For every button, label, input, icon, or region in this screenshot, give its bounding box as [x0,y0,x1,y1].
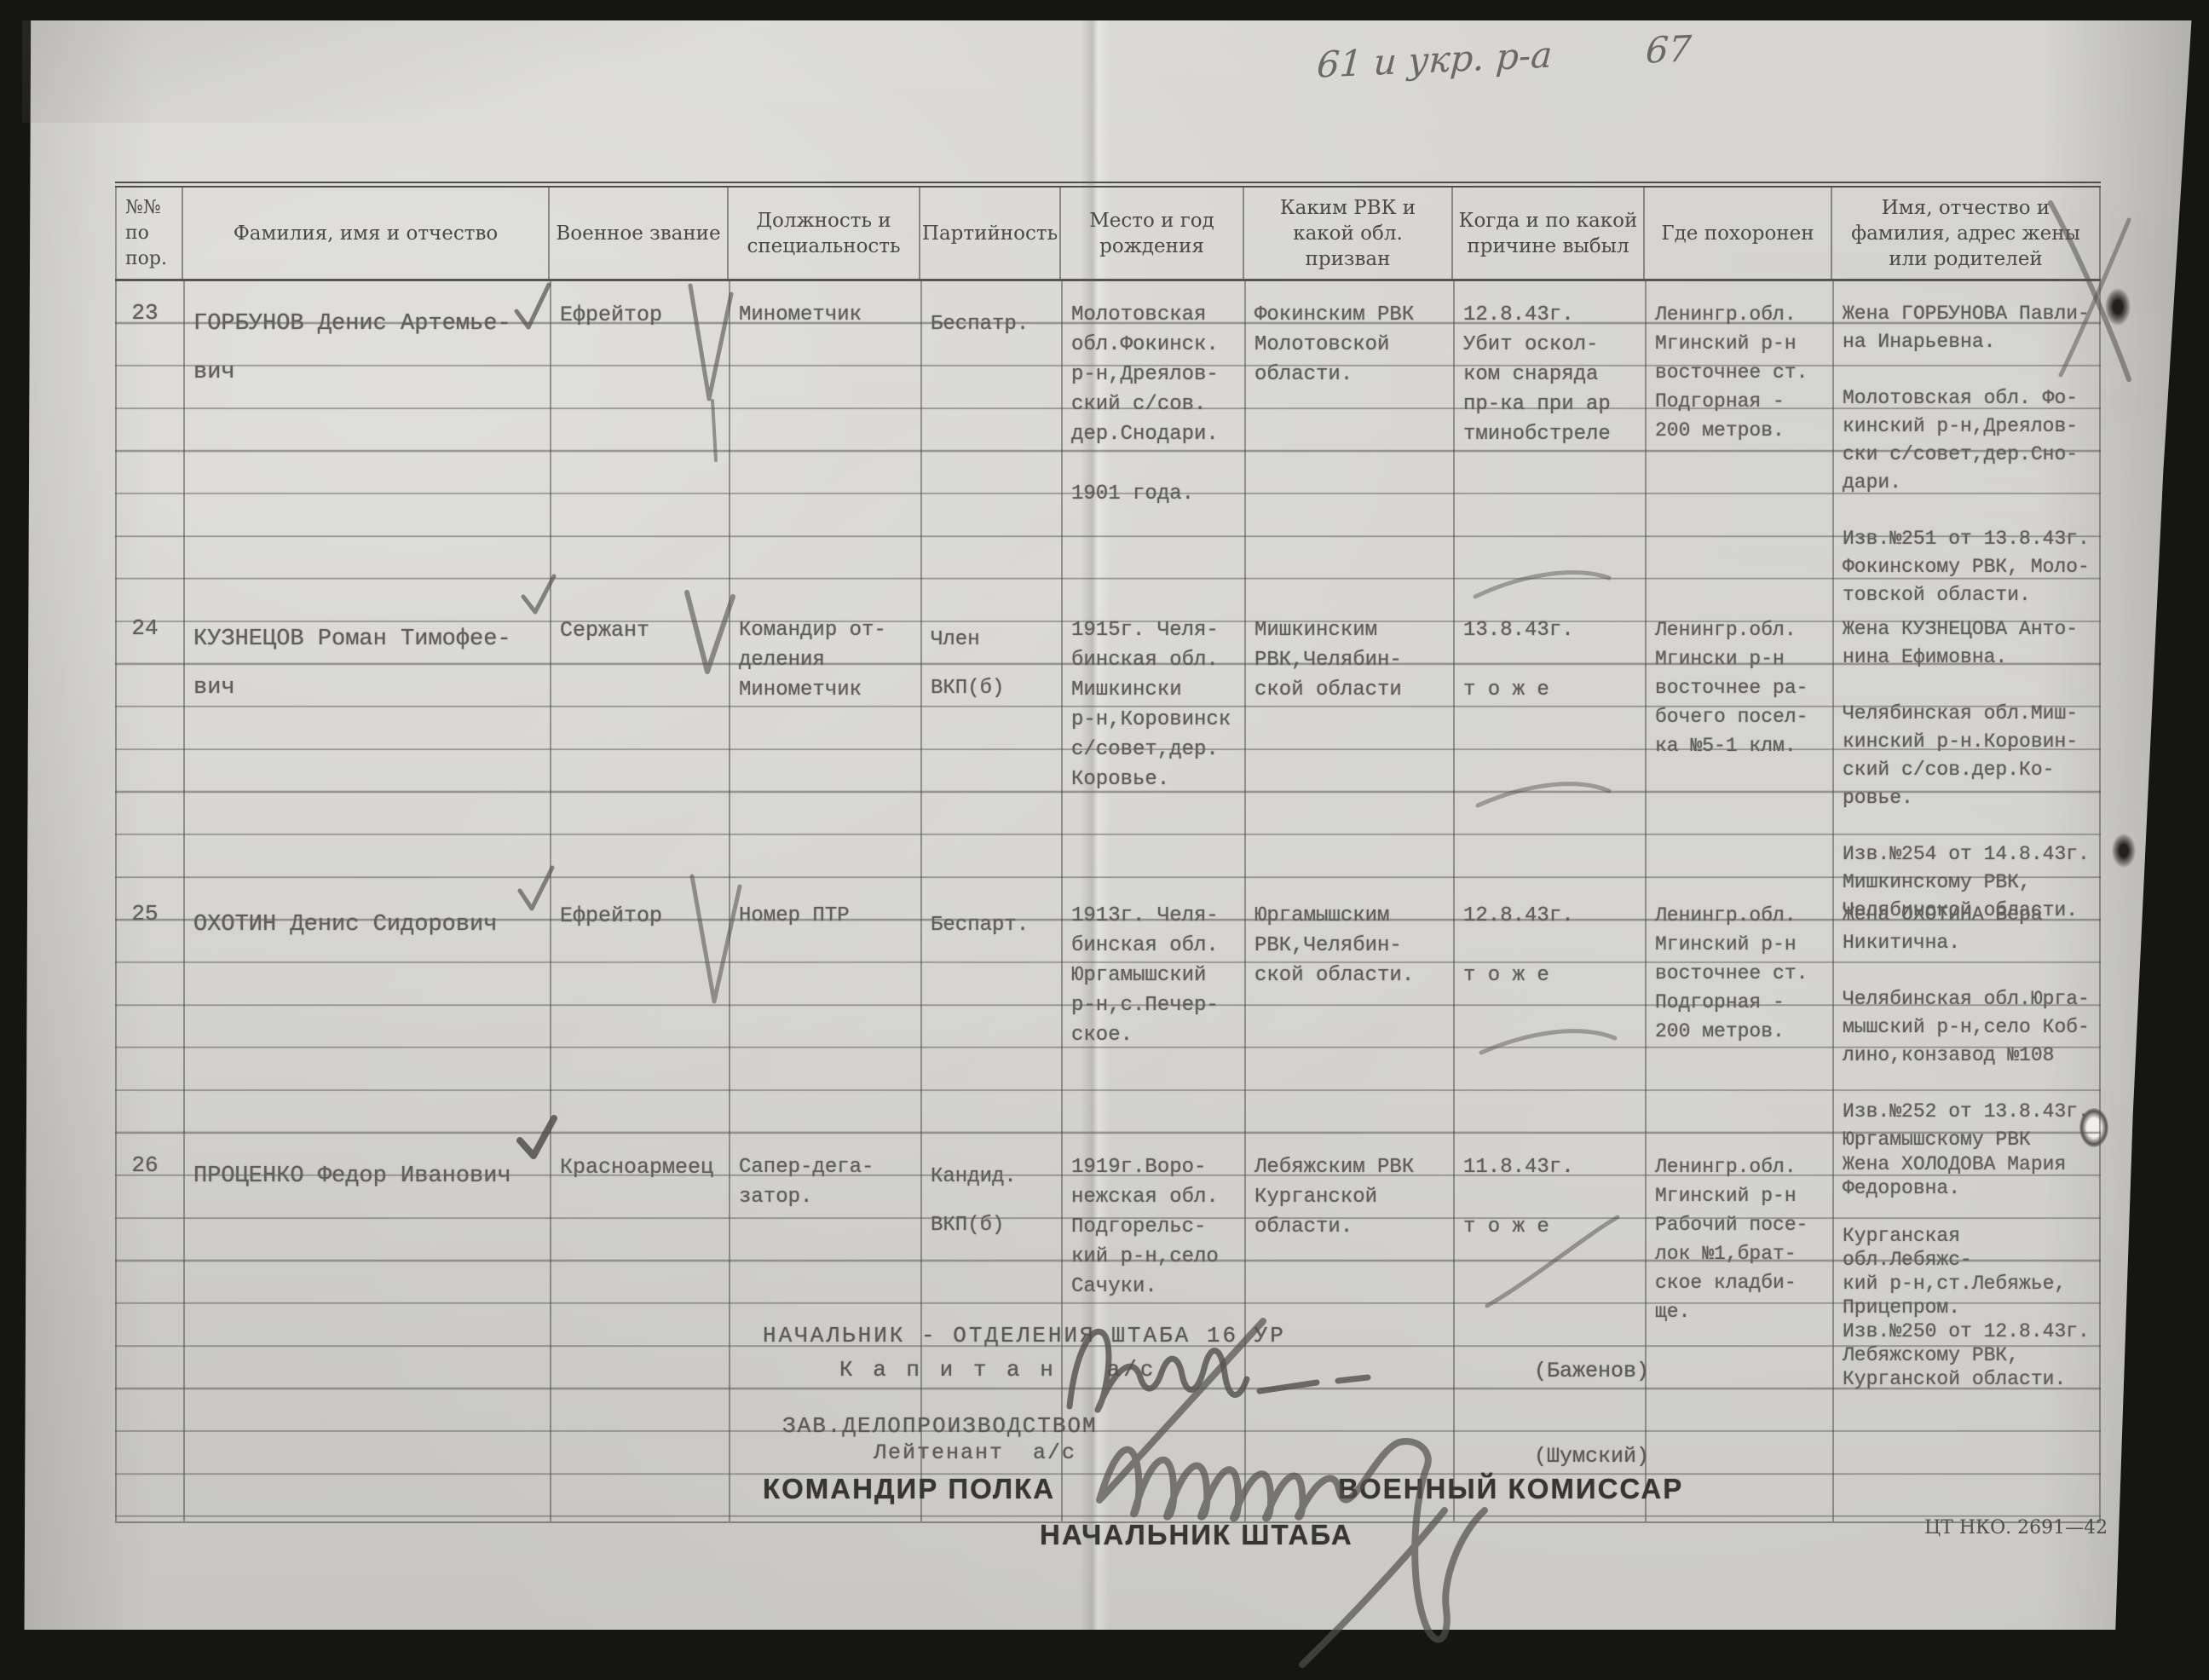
paper-hole [2105,288,2131,326]
birth-place: Молотовская обл.Фокинск. р-н,Дреялов- ск… [1061,281,1244,609]
handwritten-note-right: 67 [1645,27,1693,72]
row-number: 25 [115,882,183,1154]
commander-title: КОМАНДИР ПОЛКА [763,1473,1055,1505]
soldier-name: ОХОТИН Денис Сидорович [183,882,550,1154]
paper-hole [2112,834,2136,868]
table-row: 25 ОХОТИН Денис Сидорович Ефрейтор Номер… [115,882,2101,1134]
col-header-position: Должность и специальность [729,188,920,279]
col-header-birth: Место и год рождения [1061,188,1244,279]
casualty-table: №№ по пор. Фамилия, имя и отчество Военн… [115,182,2101,1523]
position: Командир от- деления Минометчик [729,597,920,925]
signatory-title-line: НАЧАЛЬНИК - ОТДЕЛЕНИЯ ШТАБА 16 УР [763,1323,1286,1348]
draft-office: Юргамышским РВК,Челябин- ской области. [1244,882,1453,1154]
loss-cause: 13.8.43г. т о ж е [1453,597,1645,925]
birth-place: 1919г.Воро- нежская обл. Подгорельс- кий… [1061,1134,1244,1391]
draft-office: Фокинским РВК Молотовской области. [1244,281,1453,609]
party-status: Беспарт. [920,882,1061,1154]
position: Минометчик [729,281,920,609]
scanned-document-page: 61 и укр. р-а 67 №№ по пор. Фамилия, имя… [0,0,2209,1680]
burial-place: Ленингр.обл. Мгински р-н восточнее ра- б… [1645,597,1832,925]
soldier-name: КУЗНЕЦОВ Роман Тимофее- вич [183,597,550,925]
row-number: 24 [115,597,183,925]
signatory-rank-line: К а п и т а н а/с [839,1357,1156,1383]
party-status: Кандид. ВКП(б) [920,1134,1061,1391]
family-contact: Жена КУЗНЕЦОВА Анто- нина Ефимовна. Челя… [1832,597,2101,925]
row-number: 23 [115,281,183,609]
party-status: Беспатр. [920,281,1061,609]
paper-corner-shading [22,20,789,123]
loss-cause: 11.8.43г. т о ж е [1453,1134,1645,1391]
col-header-buried: Где похоронен [1645,188,1832,279]
table-header-row: №№ по пор. Фамилия, имя и отчество Военн… [115,182,2101,281]
loss-cause: 12.8.43г. Убит оскол- ком снаряда пр-ка … [1453,281,1645,609]
col-header-when: Когда и по какой причине выбыл [1453,188,1645,279]
burial-place: Ленингр.обл. Мгинский р-н Рабочий посе- … [1645,1134,1832,1391]
military-rank: Ефрейтор [550,281,729,609]
draft-office: Мишкинским РВК,Челябин- ской области [1244,597,1453,925]
family-contact: Жена ХОЛОДОВА Мария Федоровна. Курганска… [1832,1134,2101,1391]
birth-place: 1915г. Челя- бинская обл. Мишкински р-н,… [1061,597,1244,925]
col-header-party: Партийность [920,188,1061,279]
burial-place: Ленингр.обл. Мгинский р-н восточнее ст. … [1645,882,1832,1154]
military-rank: Сержант [550,597,729,925]
table-row: 26 ПРОЦЕНКО Федор Иванович Красноармеец … [115,1134,2101,1347]
military-rank: Красноармеец [550,1134,729,1391]
row-number: 26 [115,1134,183,1391]
party-status: Член ВКП(б) [920,597,1061,925]
table-row: 24 КУЗНЕЦОВ Роман Тимофее- вич Сержант К… [115,597,2101,882]
family-contact: Жена ГОРБУНОВА Павли- на Инарьевна. Моло… [1832,281,2101,609]
soldier-name: ПРОЦЕНКО Федор Иванович [183,1134,550,1391]
commissar-title: ВОЕННЫЙ КОМИССАР [1338,1473,1683,1505]
clerk-title-line: ЗАВ.ДЕЛОПРОИЗВОДСТВОМ [782,1413,1098,1439]
clerk-surname: (Шумский) [1534,1444,1649,1469]
position: Номер ПТР [729,882,920,1154]
loss-cause: 12.8.43г. т о ж е [1453,882,1645,1154]
position: Сапер-дега- затор. [729,1134,920,1391]
table-row: 23 ГОРБУНОВ Денис Артемье- вич Ефрейтор … [115,281,2101,597]
birth-place: 1913г. Челя- бинская обл. Юргамышский р-… [1061,882,1244,1154]
col-header-name: Фамилия, имя и отчество [183,188,550,279]
family-contact: Жена ОХОТИНА Вера Никитична. Челябинская… [1832,882,2101,1154]
col-header-num: №№ по пор. [115,188,183,279]
clerk-rank-line: Лейтенант а/с [874,1440,1076,1465]
col-header-rank: Военное звание [550,188,729,279]
burial-place: Ленингр.обл. Мгинский р-н восточнее ст. … [1645,281,1832,609]
signatory-surname: (Баженов) [1534,1359,1649,1383]
form-code-stamp: ЦТ НКО. 2691—42 [1924,1517,2108,1539]
soldier-name: ГОРБУНОВ Денис Артемье- вич [183,281,550,609]
draft-office: Лебяжским РВК Курганской области. [1244,1134,1453,1391]
military-rank: Ефрейтор [550,882,729,1154]
col-header-rvk: Каким РВК и какой обл. призван [1244,188,1453,279]
chief-of-staff-title: НАЧАЛЬНИК ШТАБА [1040,1519,1353,1551]
col-header-family: Имя, отчество и фамилия, адрес жены или … [1832,188,2101,279]
